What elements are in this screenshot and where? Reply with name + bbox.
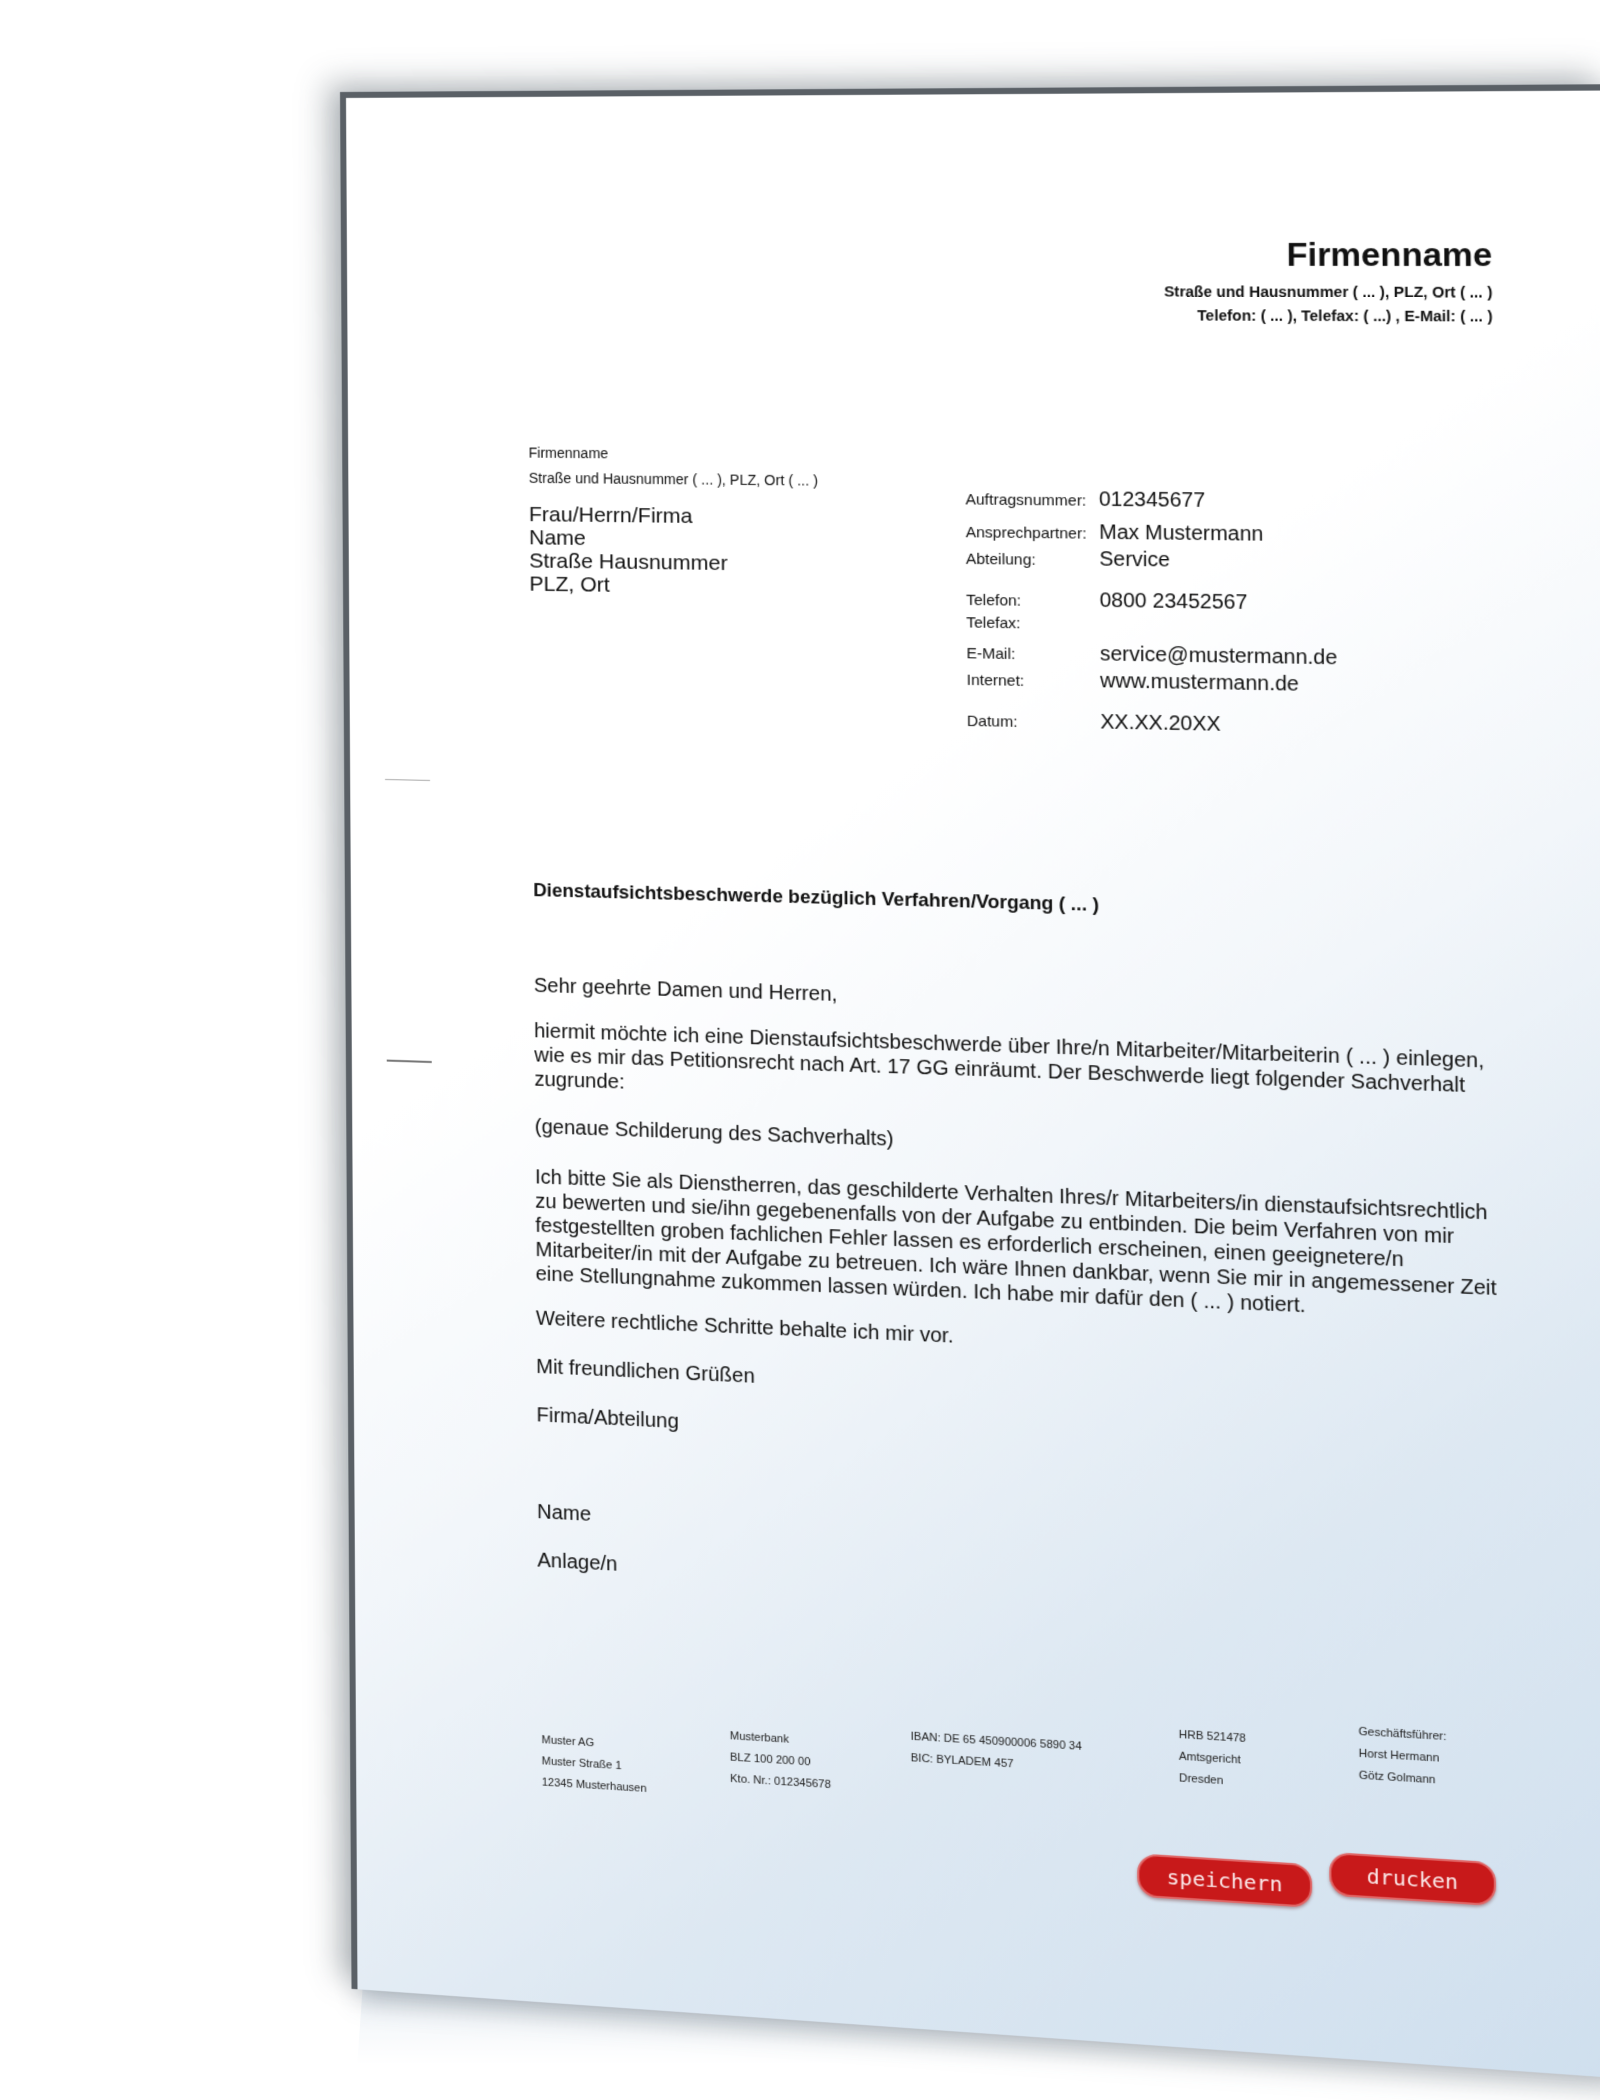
body-paragraph-2: (genaue Schilderung des Sachverhalts) (535, 1115, 1501, 1174)
info-label: Abteilung: (966, 551, 1100, 570)
info-label: E-Mail: (966, 645, 1100, 665)
fold-mark (385, 779, 430, 781)
footer-company: Muster AG Muster Straße 1 12345 Musterha… (541, 1730, 646, 1800)
info-value: service@mustermann.de (1100, 643, 1338, 671)
letter-subject: Dienstaufsichtsbeschwerde bezüglich Verf… (533, 879, 1099, 916)
recipient-line: Frau/Herrn/Firma (529, 503, 728, 528)
info-row-date: Datum: XX.XX.20XX (967, 708, 1338, 742)
info-label: Telefax: (966, 614, 1100, 633)
info-row-order-number: Auftragsnummer: 012345677 (965, 487, 1336, 524)
sender-address: Straße und Hausnummer ( ... ), PLZ, Ort … (529, 470, 818, 489)
footer-line: Götz Golmann (1359, 1765, 1447, 1792)
info-value: 0800 23452567 (1100, 589, 1248, 615)
paragraph-text: hiermit möchte ich eine Dienstaufsichtsb… (534, 1019, 1500, 1124)
punch-mark (387, 1060, 432, 1063)
salutation-text: Sehr geehrte Damen und Herren, (534, 974, 1499, 1027)
info-label: Datum: (967, 713, 1101, 733)
paragraph-text: Ich bitte Sie als Dienstherren, das gesc… (535, 1165, 1501, 1326)
save-button[interactable]: speichern (1137, 1853, 1312, 1908)
document-preview: Firmenname Straße und Hausnummer ( ... )… (0, 0, 1600, 2100)
letterhead-company-name: Firmenname (1286, 236, 1492, 275)
info-row-website: Internet: www.mustermann.de (967, 667, 1338, 715)
print-button[interactable]: drucken (1329, 1852, 1496, 1906)
recipient-line: Name (529, 526, 728, 552)
footer-management: Geschäftsführer: Horst Hermann Götz Golm… (1358, 1721, 1446, 1792)
salutation: Sehr geehrte Damen und Herren, (534, 974, 1499, 1027)
footer-iban: IBAN: DE 65 450900006 5890 34 BIC: BYLAD… (911, 1726, 1082, 1779)
body-paragraph-3: Ich bitte Sie als Dienstherren, das gesc… (535, 1165, 1501, 1326)
info-value: www.mustermann.de (1100, 670, 1299, 697)
footer-line: Dresden (1179, 1768, 1246, 1794)
footer-bank: Musterbank BLZ 100 200 00 Kto. Nr.: 0123… (730, 1726, 831, 1796)
info-value: 012345677 (1099, 488, 1205, 513)
info-label: Internet: (967, 672, 1101, 692)
info-block: Auftragsnummer: 012345677 Ansprechpartne… (965, 487, 1337, 742)
info-row-department: Abteilung: Service (966, 546, 1337, 592)
sender-company: Firmenname (529, 445, 609, 462)
info-value: Max Mustermann (1099, 521, 1263, 547)
letter-page: Firmenname Straße und Hausnummer ( ... )… (340, 84, 1600, 2078)
letterhead-address: Straße und Hausnummer ( ... ), PLZ, Ort … (1164, 284, 1493, 301)
footer-register: HRB 521478 Amtsgericht Dresden (1179, 1725, 1247, 1794)
info-value: XX.XX.20XX (1100, 711, 1221, 737)
recipient-line: Straße Hausnummer (529, 549, 728, 575)
info-label: Telefon: (966, 592, 1100, 611)
info-value: Service (1099, 548, 1170, 573)
body-paragraph-1: hiermit möchte ich eine Dienstaufsichtsb… (534, 1019, 1500, 1124)
recipient-address: Frau/Herrn/Firma Name Straße Hausnummer … (529, 503, 728, 599)
info-label: Auftragsnummer: (965, 491, 1099, 510)
info-label: Ansprechpartner: (966, 524, 1100, 543)
recipient-line: PLZ, Ort (529, 573, 728, 599)
paragraph-text: (genaue Schilderung des Sachverhalts) (535, 1115, 1501, 1174)
letterhead-contact: Telefon: ( ... ), Telefax: ( ...) , E-Ma… (1197, 308, 1492, 325)
